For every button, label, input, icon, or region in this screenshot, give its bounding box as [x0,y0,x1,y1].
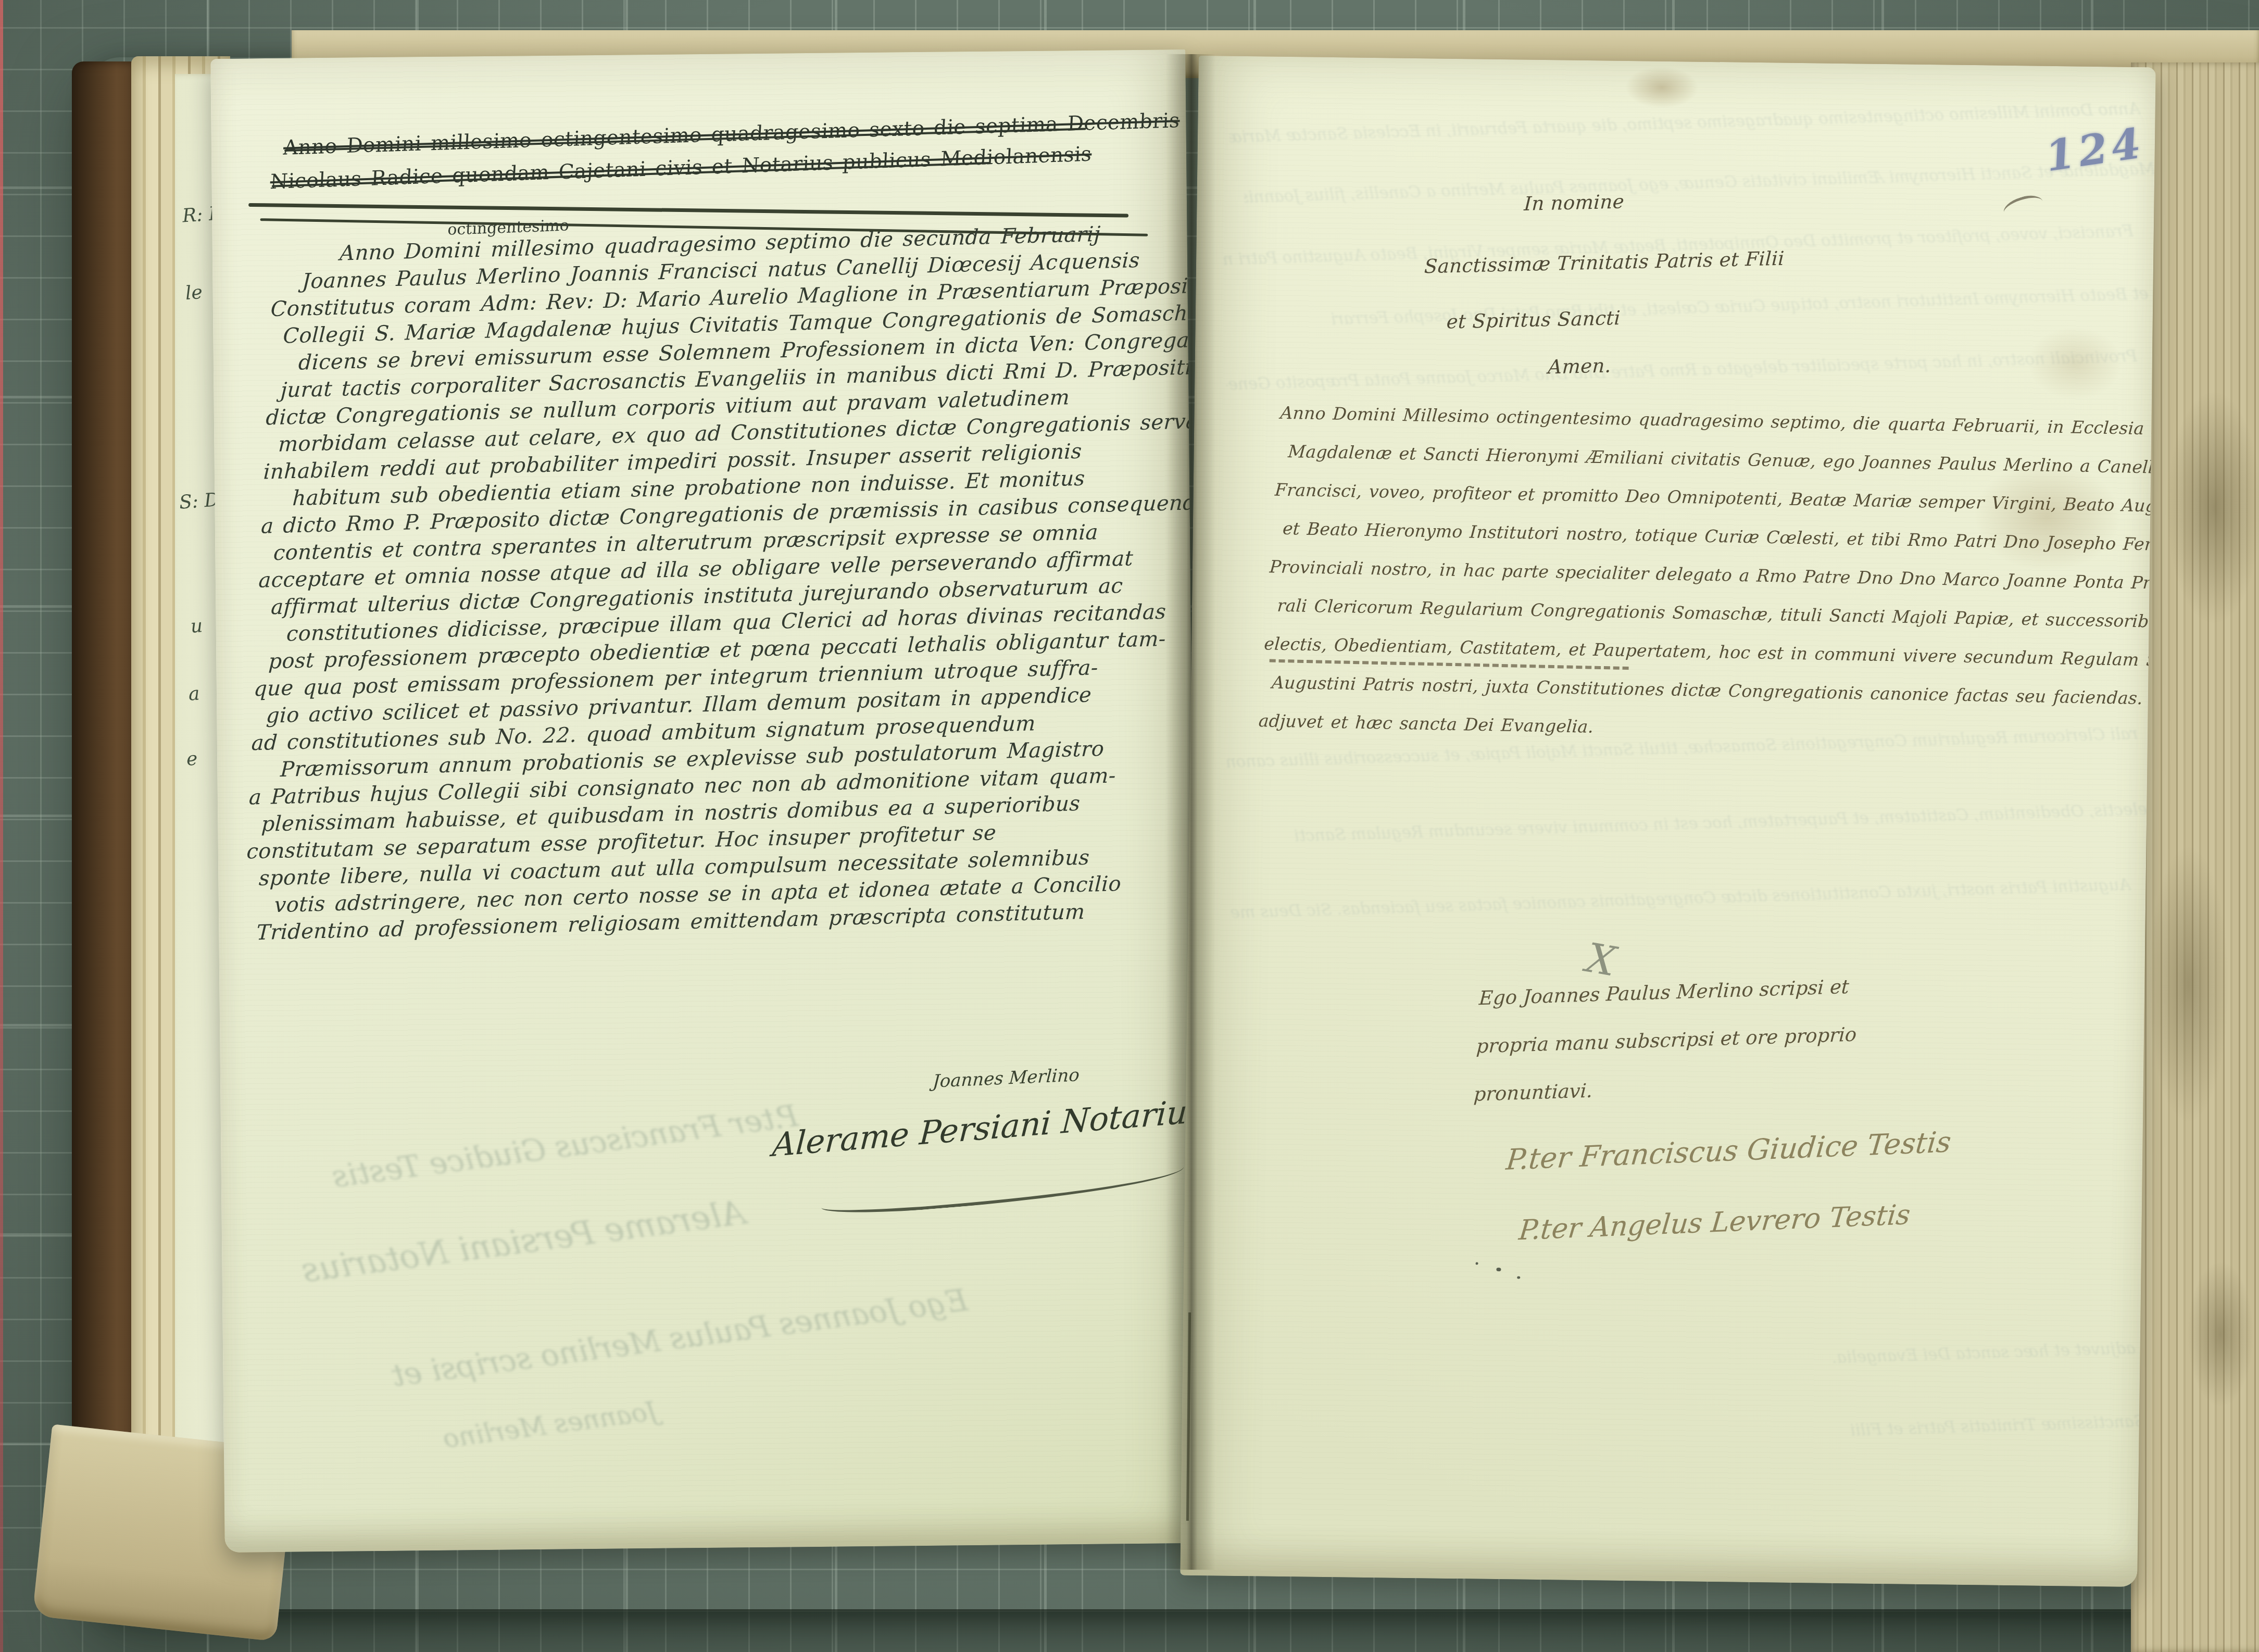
witness-signature: P.ter Franciscus Giudice Testis [1504,1125,1952,1177]
margin-fragment: le [185,282,204,304]
heading-line: et Spiritus Sancti [1446,307,1621,333]
margin-fragment: a [188,683,200,705]
ink-rule [248,203,1128,218]
photo-of-open-manuscript: R: L le S: D u a e P.ter Franciscus Giud… [0,0,2259,1652]
bleed-through-text: electis, Obedientiam, Castitatem, et Pau… [1236,800,2148,847]
bleed-through-text: Ego Joannes Paulus Merlino scripsi et [390,1282,970,1394]
signature-notary: Alerame Persiani Notarius [771,1092,1200,1165]
ink-speck [1476,1262,1478,1265]
stain [1625,66,1699,109]
ink-speck [1517,1276,1520,1279]
bleed-through-text: Joannes Merlino [441,1396,659,1454]
right-page: Anno Domini Millesimo octingentesimo qua… [1180,56,2156,1587]
bleed-through-text: Provinciali nostro, in hac parte special… [1226,347,2137,394]
profession-statement: Ego Joannes Paulus Merlino scripsi et pr… [1472,962,1861,1119]
heading-line: Amen. [1548,354,1612,378]
ink-speck [1496,1268,1501,1271]
mat-edge-stripe [0,0,3,1652]
margin-fragment: u [190,615,204,637]
signature-flourish [820,1157,1186,1218]
bleed-through-text: Augustini Patris nostri, juxta Constitut… [1220,875,2131,923]
margin-fragment: e [186,748,198,770]
heading-line: In nomine [1524,190,1625,215]
margin-fragment: S: D [179,489,220,513]
bleed-through-text: adjuvet et hæc sancta Dei Evangelia. [1224,1339,2136,1386]
left-page: P.ter Franciscus Giudice Testis Alerame … [210,49,1199,1553]
signature-joannes-merlino: Joannes Merlino [932,1065,1080,1092]
book-cover-left-edge [72,61,141,1577]
profession-text: Anno Domini Millesimo octingentesimo qua… [1257,394,2155,757]
left-page-body-text: Anno Domini millesimo quadragesimo septi… [242,219,1153,947]
bleed-through-text: Anno Domini Millesimo octingentesimo qua… [1229,99,2140,147]
witness-signature: P.ter Angelus Levrero Testis [1517,1199,1912,1246]
bleed-through-text: et Beato Hieronymo Institutori nostro, t… [1237,284,2149,332]
ink-squiggle [2001,192,2045,223]
bleed-through-text: Sanctissimæ Trinitatis Patris et Filii [1234,1412,2145,1459]
bleed-through-text: P.ter Franciscus Giudice Testis [330,1098,800,1195]
bleed-through-text: Alerame Persiani Notarius [299,1193,747,1290]
